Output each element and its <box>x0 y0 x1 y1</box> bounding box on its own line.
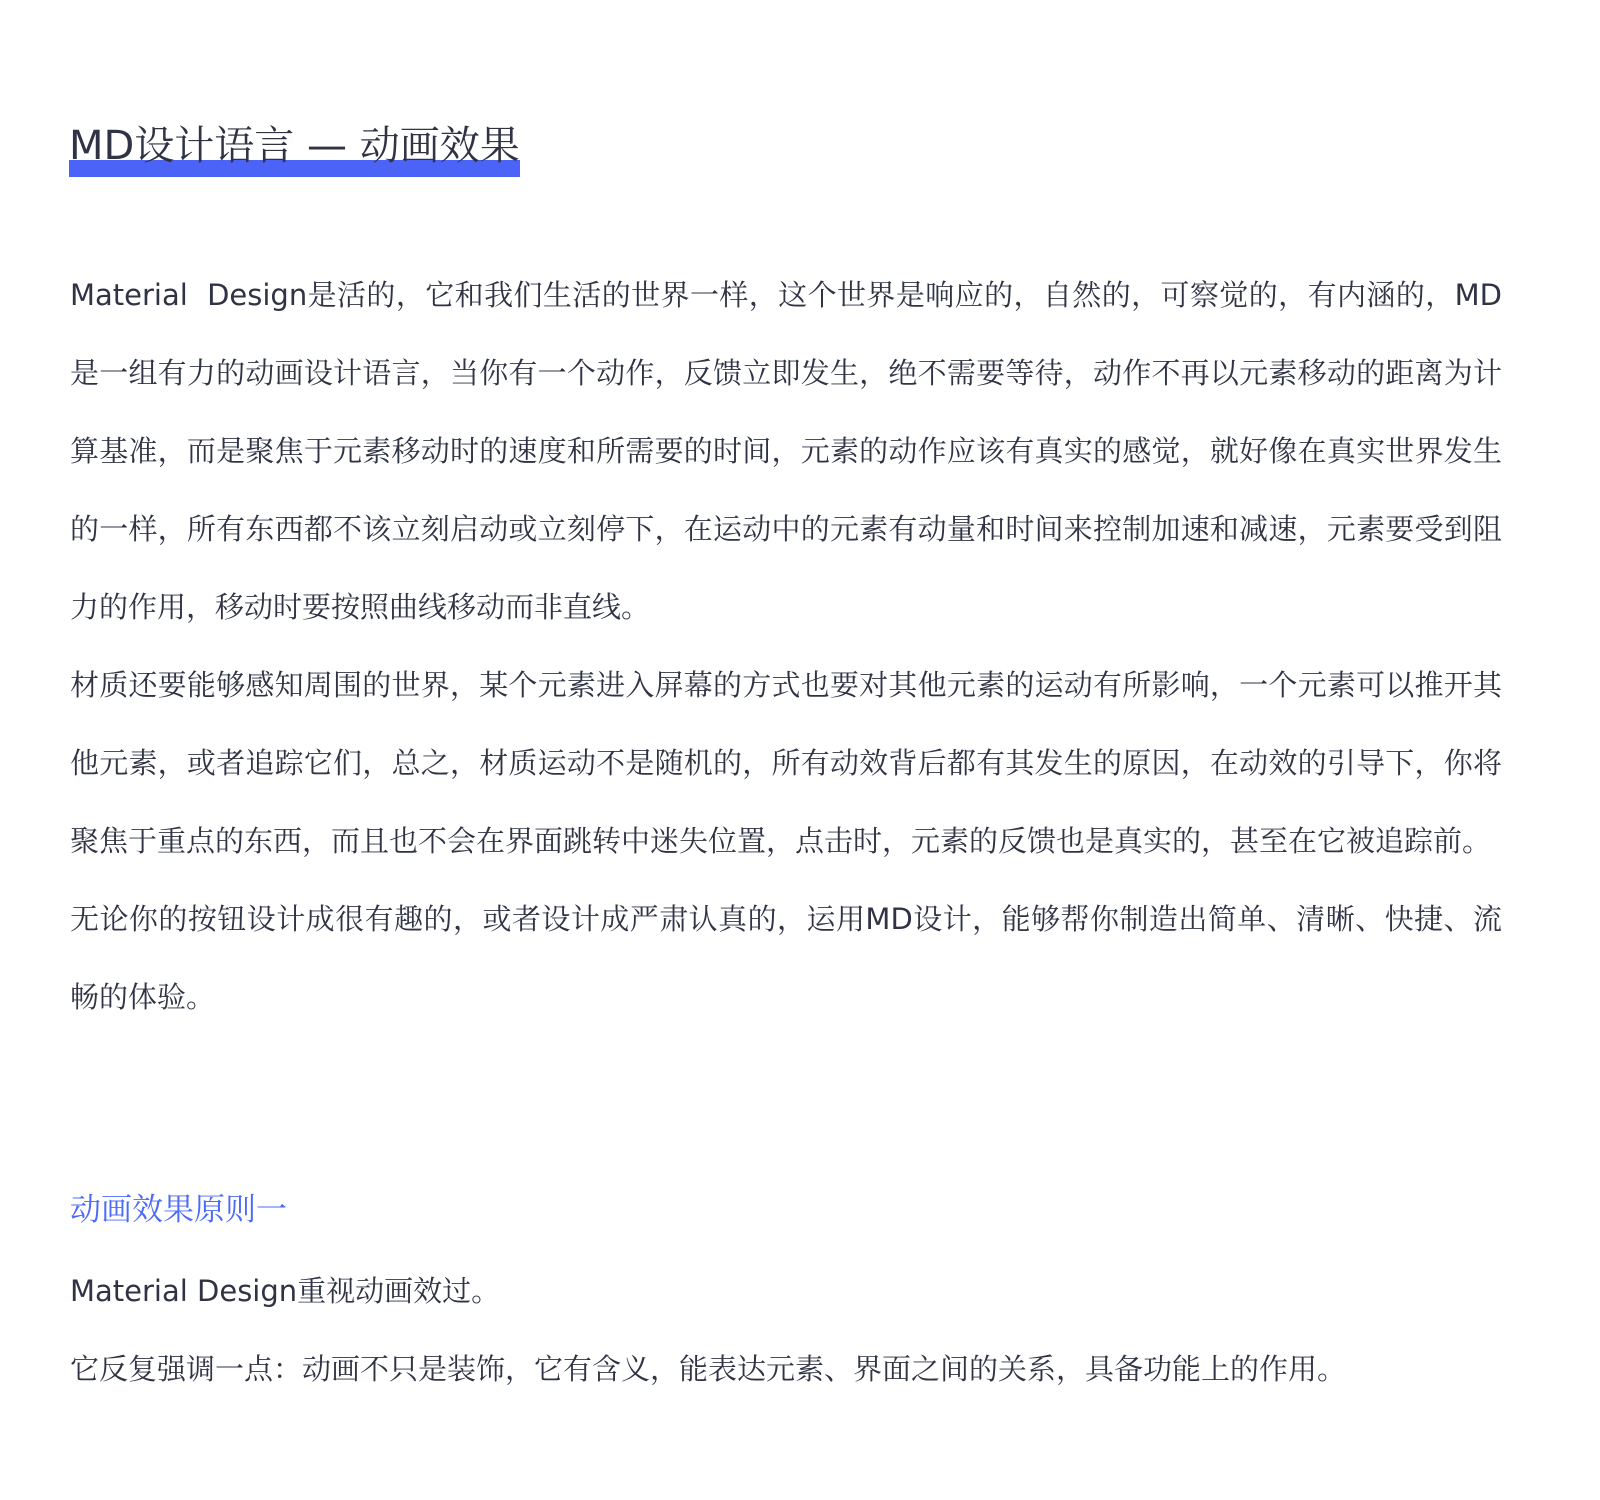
page-title: MD设计语言 — 动画效果 <box>69 118 520 174</box>
intro-body: Material Design是活的，它和我们生活的世界一样，这个世界是响应的，… <box>70 256 1502 1036</box>
section-body-principle-one: Material Design重视动画效过。 它反复强调一点：动画不只是装饰，它… <box>70 1252 1502 1408</box>
intro-paragraph-1: Material Design是活的，它和我们生活的世界一样，这个世界是响应的，… <box>70 256 1502 646</box>
page-title-text: MD设计语言 — 动画效果 <box>69 123 520 169</box>
section-heading-principle-one: 动画效果原则一 <box>70 1182 287 1238</box>
title-block: MD设计语言 — 动画效果 <box>69 118 520 174</box>
intro-paragraph-2: 材质还要能够感知周围的世界，某个元素进入屏幕的方式也要对其他元素的运动有所影响，… <box>70 646 1502 880</box>
intro-paragraph-3: 无论你的按钮设计成很有趣的，或者设计成严肃认真的，运用MD设计，能够帮你制造出简… <box>70 880 1502 1036</box>
section-paragraph-2: 它反复强调一点：动画不只是装饰，它有含义，能表达元素、界面之间的关系，具备功能上… <box>70 1330 1502 1408</box>
section-paragraph-1: Material Design重视动画效过。 <box>70 1252 1502 1330</box>
